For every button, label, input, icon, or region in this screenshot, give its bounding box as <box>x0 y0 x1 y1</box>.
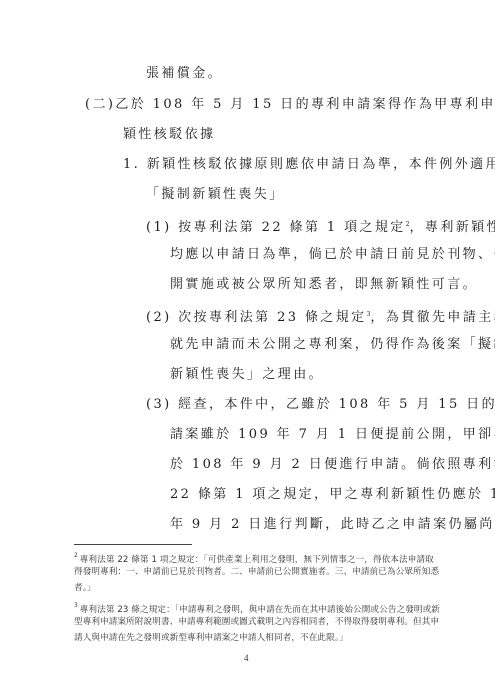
body-line: 年 9 月 2 日進行判斷，此時乙之申請案仍屬尚未公 <box>170 517 495 533</box>
body-line: 22 條第 1 項之規定，甲之專利新穎性仍應於 108 <box>170 487 495 503</box>
body-line-text: (2) 次按專利法第 23 條之規定 <box>146 310 367 325</box>
body-line-text: 均應以申請日為準，倘已於申請日前見於刊物、公 <box>170 247 495 262</box>
body-line-text: 新穎性喪失」之理由。 <box>170 367 324 382</box>
body-line-text: 請案雖於 109 年 7 月 1 日便提前公開，甲卻早已 <box>170 427 495 442</box>
footnote-text: 得發明專利：一、申請前已見於刊物者。二、申請前已公開實施者。三、申請前已為公眾所… <box>74 567 439 577</box>
body-line: (1) 按專利法第 22 條第 1 項之規定2，專利新穎性判斷 <box>146 217 495 236</box>
body-line: (2) 次按專利法第 23 條之規定3，為貫徹先申請主義， <box>146 307 495 326</box>
body-line: 開實施或被公眾所知悉者，即無新穎性可言。 <box>170 277 478 293</box>
page-number: 4 <box>244 653 249 663</box>
body-line: 1. 新穎性核駁依據原則應依申請日為準，本件例外適用 <box>123 157 495 173</box>
body-line: 新穎性喪失」之理由。 <box>170 367 324 383</box>
body-line: 均應以申請日為準，倘已於申請日前見於刊物、公 <box>170 247 495 263</box>
footnote-text: 專利法第 22 條第 1 項之規定：「可供產業上利用之發明，無下列情事之一，得依… <box>80 555 434 565</box>
body-line-text: 於 108 年 9 月 2 日便進行申請。倘依照專利法第 <box>170 457 495 472</box>
footnote-text: 請人與申請在先之發明或新型專利申請案之申請人相同者，不在此限。」 <box>74 633 348 643</box>
footnote-text: 者。」 <box>74 583 96 593</box>
body-line: 張補償金。 <box>146 66 223 82</box>
body-line-text: 張補償金。 <box>146 66 223 81</box>
body-line: 就先申請而未公開之專利案，仍得作為後案「擬制 <box>170 337 495 353</box>
body-line: 請案雖於 109 年 7 月 1 日便提前公開，甲卻早已 <box>170 427 495 443</box>
body-line-text: 1. 新穎性核駁依據原則應依申請日為準，本件例外適用 <box>123 157 495 172</box>
footnote-line: 者。」 <box>74 582 96 594</box>
body-line-text: ，專利新穎性判斷 <box>410 220 495 235</box>
footnote-line: 得發明專利：一、申請前已見於刊物者。二、申請前已公開實施者。三、申請前已為公眾所… <box>74 566 439 578</box>
body-line: (二)乙於 108 年 5 月 15 日的專利申請案得作為甲專利申請案新 <box>85 97 495 113</box>
body-line-text: 「擬制新穎性喪失」 <box>146 187 285 202</box>
body-line-text: (3) 經查，本件中，乙雖於 108 年 5 月 15 日的專利申 <box>146 397 495 412</box>
body-line-text: 開實施或被公眾所知悉者，即無新穎性可言。 <box>170 277 478 292</box>
body-line: 穎性核駁依據 <box>123 127 215 143</box>
footnote-line: 2 專利法第 22 條第 1 項之規定：「可供產業上利用之發明，無下列情事之一，… <box>74 550 434 566</box>
footnote-text: 型專利申請案所附說明書、申請專利範圍或圖式載明之內容相同者，不得取得發明專利。但… <box>74 617 439 627</box>
footnote-line: 請人與申請在先之發明或新型專利申請案之申請人相同者，不在此限。」 <box>74 632 348 644</box>
body-line-text: 22 條第 1 項之規定，甲之專利新穎性仍應於 108 <box>170 487 495 502</box>
footnote-separator <box>74 544 192 545</box>
footnote-text: 專利法第 23 條之規定：「申請專利之發明，與申請在先而在其申請後始公開或公告之… <box>80 605 440 615</box>
body-line-text: 年 9 月 2 日進行判斷，此時乙之申請案仍屬尚未公 <box>170 517 495 532</box>
body-line: (3) 經查，本件中，乙雖於 108 年 5 月 15 日的專利申 <box>146 397 495 413</box>
body-line: 「擬制新穎性喪失」 <box>146 187 285 203</box>
body-line-text: (1) 按專利法第 22 條第 1 項之規定 <box>146 220 406 235</box>
body-line-text: ，為貫徹先申請主義， <box>370 310 495 325</box>
body-line: 於 108 年 9 月 2 日便進行申請。倘依照專利法第 <box>170 457 495 473</box>
body-line-text: 就先申請而未公開之專利案，仍得作為後案「擬制 <box>170 337 495 352</box>
footnote-line: 型專利申請案所附說明書、申請專利範圍或圖式載明之內容相同者，不得取得發明專利。但… <box>74 616 439 628</box>
body-line-text: 穎性核駁依據 <box>123 127 215 142</box>
body-line-text: (二)乙於 108 年 5 月 15 日的專利申請案得作為甲專利申請案新 <box>85 97 495 112</box>
footnote-line: 3 專利法第 23 條之規定：「申請專利之發明，與申請在先而在其申請後始公開或公… <box>74 600 440 616</box>
document-page: 張補償金。(二)乙於 108 年 5 月 15 日的專利申請案得作為甲專利申請案… <box>0 0 495 700</box>
